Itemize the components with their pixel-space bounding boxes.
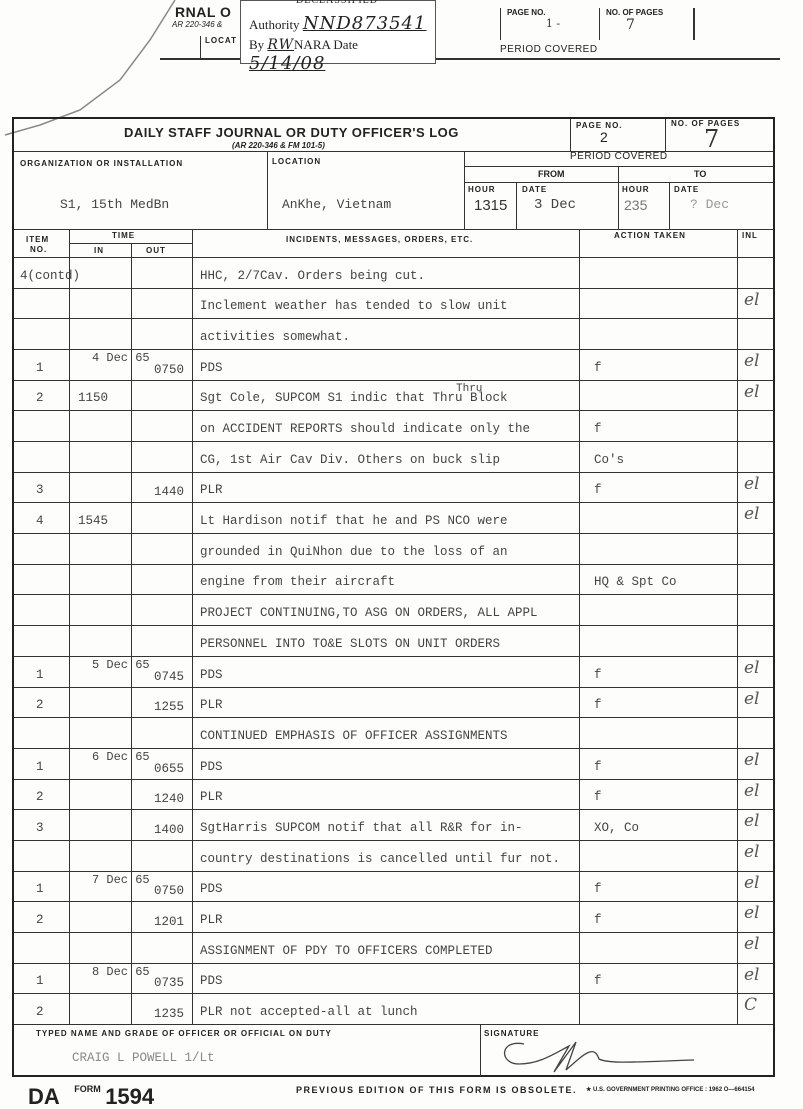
stamp-header: DECLASSIFIED — [296, 0, 378, 6]
action-taken: f — [594, 668, 602, 682]
initials: el — [744, 474, 760, 494]
initials: el — [744, 811, 760, 831]
from-date-value: 3 Dec — [534, 197, 576, 213]
from-date-label: DATE — [522, 185, 547, 194]
to-date-value: ? Dec — [690, 197, 729, 212]
typed-name-label: TYPED NAME AND GRADE OF OFFICER OR OFFIC… — [36, 1029, 332, 1038]
incident-text: Inclement weather has tended to slow uni… — [200, 299, 508, 313]
from-hour-value: 1315 — [474, 197, 507, 214]
item-no: 4(contd) — [20, 269, 80, 283]
form-label: FORM — [74, 1084, 101, 1094]
signature-scribble — [494, 1034, 724, 1076]
item-no: 3 — [36, 821, 44, 835]
initials: el — [744, 382, 760, 402]
inserted-text: Thru — [456, 383, 482, 395]
by-value: RW — [267, 37, 294, 53]
col-time: TIME — [112, 231, 135, 240]
item-no: 2 — [36, 1005, 44, 1019]
time-out: 0750 — [154, 884, 184, 898]
initials: C — [744, 995, 757, 1015]
col-inl: INL — [742, 231, 758, 240]
entry-date: 5 Dec 65 — [92, 658, 150, 672]
col-out: OUT — [146, 246, 166, 255]
incident-text: PDS — [200, 974, 223, 988]
location-label: LOCATION — [272, 157, 321, 166]
entry-date: 6 Dec 65 — [92, 750, 150, 764]
period-covered-label: PERIOD COVERED — [570, 151, 668, 162]
incident-text: country destinations is cancelled until … — [200, 852, 560, 866]
action-taken: f — [594, 361, 602, 375]
initials: el — [744, 290, 760, 310]
incident-text: PLR not accepted-all at lunch — [200, 1005, 418, 1019]
item-no: 2 — [36, 698, 44, 712]
item-no: 1 — [36, 760, 44, 774]
initials: el — [744, 689, 760, 709]
authority-label: Authority — [249, 17, 300, 32]
no-of-pages-value: 7 — [704, 125, 719, 153]
time-out: 1235 — [154, 1007, 184, 1021]
item-no: 4 — [36, 514, 44, 528]
initials: el — [744, 934, 760, 954]
action-taken: f — [594, 422, 602, 436]
incident-text: on ACCIDENT REPORTS should indicate only… — [200, 422, 530, 436]
page-no-value: 2 — [600, 129, 608, 145]
item-no: 1 — [36, 668, 44, 682]
action-taken: XO, Co — [594, 821, 639, 835]
initials: el — [744, 965, 760, 985]
incident-text: PERSONNEL INTO TO&E SLOTS ON UNIT ORDERS — [200, 637, 500, 651]
initials: el — [744, 504, 760, 524]
incident-text: CONTINUED EMPHASIS OF OFFICER ASSIGNMENT… — [200, 729, 508, 743]
back-page-page-no: PAGE NO. 1 - — [500, 8, 600, 40]
initials: el — [744, 351, 760, 371]
item-no: 2 — [36, 391, 44, 405]
action-taken: f — [594, 974, 602, 988]
authority-value: NND873541 — [303, 13, 427, 34]
col-in: IN — [94, 246, 104, 255]
action-taken: f — [594, 760, 602, 774]
from-hour-label: HOUR — [468, 185, 496, 194]
entry-date: 7 Dec 65 — [92, 873, 150, 887]
item-no: 1 — [36, 882, 44, 896]
nara-date-label: NARA Date — [294, 37, 358, 52]
location-value: AnKhe, Vietnam — [282, 197, 391, 212]
initials: el — [744, 658, 760, 678]
col-item-line2: NO. — [30, 245, 47, 254]
action-taken: f — [594, 790, 602, 804]
incident-text: PDS — [200, 760, 223, 774]
action-taken: Co's — [594, 453, 624, 467]
initials: el — [744, 750, 760, 770]
item-no: 2 — [36, 790, 44, 804]
form-prefix: DA — [28, 1084, 60, 1109]
back-page-no-of-pages-value: 7 — [606, 17, 693, 33]
incident-text: PLR — [200, 483, 223, 497]
stamp-date-value: 5/14/08 — [249, 53, 325, 74]
obsolete-note: PREVIOUS EDITION OF THIS FORM IS OBSOLET… — [296, 1085, 577, 1095]
time-in: 1150 — [78, 391, 108, 405]
incident-text: PROJECT CONTINUING,TO ASG ON ORDERS, ALL… — [200, 606, 538, 620]
action-taken: f — [594, 913, 602, 927]
initials: el — [744, 873, 760, 893]
entry-date: 8 Dec 65 — [92, 965, 150, 979]
item-no: 1 — [36, 361, 44, 375]
gpo-note: ★ U.S. GOVERNMENT PRINTING OFFICE : 1962… — [586, 1086, 754, 1093]
back-page-subtitle-fragment: AR 220-346 & — [172, 20, 222, 29]
incident-text: PDS — [200, 668, 223, 682]
to-hour-label: HOUR — [622, 185, 650, 194]
back-page-page-no-value: 1 - — [507, 17, 599, 30]
incident-text: CG, 1st Air Cav Div. Others on buck slip — [200, 453, 500, 467]
time-out: 1440 — [154, 485, 184, 499]
initials: el — [744, 781, 760, 801]
time-out: 0655 — [154, 762, 184, 776]
form-regulation: (AR 220-346 & FM 101-5) — [232, 141, 325, 150]
back-page-location-fragment: LOCAT — [200, 36, 237, 58]
time-out: 1240 — [154, 792, 184, 806]
back-page-page-no-label: PAGE NO. — [507, 8, 546, 17]
declassification-stamp: DECLASSIFIED Authority NND873541 By RWNA… — [240, 0, 436, 64]
typed-name-value: CRAIG L POWELL 1/Lt — [72, 1051, 215, 1065]
action-taken: f — [594, 483, 602, 497]
org-value: S1, 15th MedBn — [60, 197, 169, 212]
to-label: TO — [694, 169, 706, 179]
time-in: 1545 — [78, 514, 108, 528]
time-out: 1201 — [154, 915, 184, 929]
incident-text: PLR — [200, 698, 223, 712]
org-label: ORGANIZATION OR INSTALLATION — [20, 159, 183, 168]
incident-text: ASSIGNMENT OF PDY TO OFFICERS COMPLETED — [200, 944, 493, 958]
incident-text: PLR — [200, 913, 223, 927]
incident-text: activities somewhat. — [200, 330, 350, 344]
time-out: 1400 — [154, 823, 184, 837]
incident-text: HHC, 2/7Cav. Orders being cut. — [200, 269, 425, 283]
time-out: 0735 — [154, 976, 184, 990]
incident-text: PDS — [200, 882, 223, 896]
col-action: ACTION TAKEN — [614, 231, 686, 240]
col-incidents: INCIDENTS, MESSAGES, ORDERS, ETC. — [286, 235, 473, 244]
form-number: DA FORM 1594 — [28, 1084, 154, 1109]
entry-date: 4 Dec 65 — [92, 351, 150, 365]
time-out: 0750 — [154, 363, 184, 377]
back-page-no-of-pages-label: NO. OF PAGES — [606, 8, 663, 17]
incident-text: Lt Hardison notif that he and PS NCO wer… — [200, 514, 508, 528]
initials: el — [744, 903, 760, 923]
incident-text: grounded in QuiNhon due to the loss of a… — [200, 545, 508, 559]
time-out: 0745 — [154, 670, 184, 684]
incident-text: PDS — [200, 361, 223, 375]
duty-officer-log-form: DAILY STAFF JOURNAL OR DUTY OFFICER'S LO… — [12, 117, 775, 1077]
form-title: DAILY STAFF JOURNAL OR DUTY OFFICER'S LO… — [124, 125, 459, 140]
incident-text: engine from their aircraft — [200, 575, 395, 589]
to-hour-value: 235 — [624, 197, 647, 213]
initials: el — [744, 842, 760, 862]
by-label: By — [249, 37, 264, 52]
action-taken: HQ & Spt Co — [594, 575, 677, 589]
time-out: 1255 — [154, 700, 184, 714]
incident-text: SgtHarris SUPCOM notif that all R&R for … — [200, 821, 523, 835]
item-no: 1 — [36, 974, 44, 988]
form-number-value: 1594 — [105, 1084, 154, 1109]
back-page-no-of-pages: NO. OF PAGES 7 — [600, 8, 695, 40]
item-no: 3 — [36, 483, 44, 497]
col-item-line1: ITEM — [26, 235, 49, 244]
action-taken: f — [594, 698, 602, 712]
from-label: FROM — [538, 169, 565, 179]
to-date-label: DATE — [674, 185, 699, 194]
action-taken: f — [594, 882, 602, 896]
back-page-title-fragment: RNAL O — [175, 4, 231, 20]
item-no: 2 — [36, 913, 44, 927]
incident-text: PLR — [200, 790, 223, 804]
back-page-period-covered: PERIOD COVERED — [500, 44, 598, 55]
